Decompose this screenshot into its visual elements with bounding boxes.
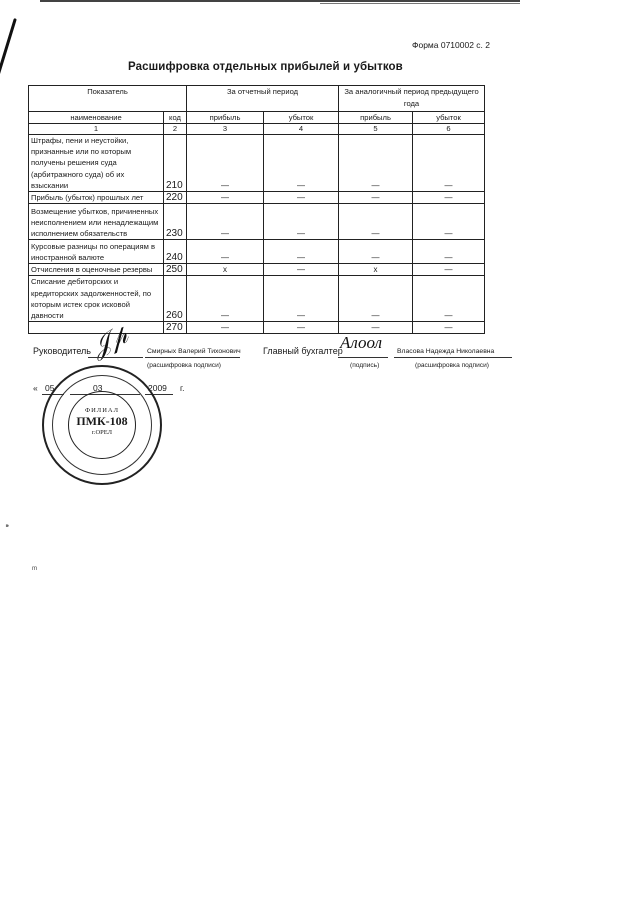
header-name: наименование bbox=[29, 112, 164, 124]
row-code: 210 bbox=[164, 135, 187, 192]
accountant-name-line bbox=[394, 357, 512, 358]
row-value: x bbox=[187, 264, 264, 276]
header-current-period: За отчетный период bbox=[187, 86, 339, 112]
column-number: 1 bbox=[29, 124, 164, 135]
accountant-signature-caption: (подпись) bbox=[350, 362, 379, 369]
accountant-label: Главный бухгалтер bbox=[263, 346, 343, 356]
column-number: 4 bbox=[264, 124, 339, 135]
row-value: — bbox=[264, 276, 339, 322]
scan-top-edge bbox=[40, 0, 520, 2]
row-value: — bbox=[339, 322, 413, 334]
scan-speck: ᵐ bbox=[32, 564, 37, 574]
scan-top-edge-secondary bbox=[320, 3, 520, 4]
director-name: Смирных Валерий Тихонович bbox=[147, 348, 241, 355]
seal-line-1: ФИЛИАЛ bbox=[44, 407, 160, 414]
row-value: — bbox=[264, 135, 339, 192]
row-code: 240 bbox=[164, 240, 187, 264]
accountant-name-caption: (расшифровка подписи) bbox=[415, 362, 489, 369]
row-value: — bbox=[187, 276, 264, 322]
header-loss-current: убыток bbox=[264, 112, 339, 124]
form-number: Форма 0710002 с. 2 bbox=[412, 40, 490, 50]
row-name: Курсовые разницы по операциям в иностран… bbox=[29, 240, 164, 264]
scan-margin-mark bbox=[0, 18, 17, 92]
director-name-line bbox=[145, 357, 240, 358]
row-value: — bbox=[413, 276, 485, 322]
seal-line-3: г.ОРЕЛ bbox=[44, 429, 160, 436]
accountant-name: Власова Надежда Николаевна bbox=[397, 348, 494, 355]
row-value: — bbox=[413, 204, 485, 240]
date-year-suffix: г. bbox=[180, 383, 184, 393]
row-value: — bbox=[264, 240, 339, 264]
column-number: 6 bbox=[413, 124, 485, 135]
director-signature-line bbox=[88, 357, 143, 358]
header-previous-period: За аналогичный период предыдущего года bbox=[339, 86, 485, 112]
row-code: 220 bbox=[164, 192, 187, 204]
row-value: — bbox=[264, 204, 339, 240]
row-value: — bbox=[413, 192, 485, 204]
table-row: Возмещение убытков, причиненных неисполн… bbox=[29, 204, 485, 240]
row-value: — bbox=[187, 192, 264, 204]
table-row: Списание дебиторских и кредиторских задо… bbox=[29, 276, 485, 322]
header-code: код bbox=[164, 112, 187, 124]
row-value: — bbox=[413, 240, 485, 264]
row-name: Отчисления в оценочные резервы bbox=[29, 264, 164, 276]
row-value: — bbox=[413, 322, 485, 334]
row-name: Списание дебиторских и кредиторских задо… bbox=[29, 276, 164, 322]
date-open-quote: « bbox=[33, 383, 38, 393]
row-value: — bbox=[413, 264, 485, 276]
seal-center: ФИЛИАЛ ПМК-108 г.ОРЕЛ bbox=[44, 407, 160, 436]
seal-line-2: ПМК-108 bbox=[44, 414, 160, 429]
company-seal: ФИЛИАЛ ПМК-108 г.ОРЕЛ bbox=[42, 365, 162, 485]
header-profit-current: прибыль bbox=[187, 112, 264, 124]
header-profit-previous: прибыль bbox=[339, 112, 413, 124]
header-indicator: Показатель bbox=[29, 86, 187, 112]
header-loss-previous: убыток bbox=[413, 112, 485, 124]
row-value: x bbox=[339, 264, 413, 276]
row-value: — bbox=[339, 204, 413, 240]
row-code: 260 bbox=[164, 276, 187, 322]
document-title: Расшифровка отдельных прибылей и убытков bbox=[128, 61, 403, 73]
row-value: — bbox=[187, 322, 264, 334]
row-value: — bbox=[187, 135, 264, 192]
column-number: 2 bbox=[164, 124, 187, 135]
row-value: — bbox=[264, 192, 339, 204]
row-value: — bbox=[413, 135, 485, 192]
table-row: Отчисления в оценочные резервы250x—x— bbox=[29, 264, 485, 276]
scan-speck: ⁍ bbox=[5, 521, 10, 532]
row-value: — bbox=[339, 135, 413, 192]
accountant-signature: Aлоол bbox=[340, 333, 382, 353]
director-name-caption: (расшифровка подписи) bbox=[147, 362, 221, 369]
table-row: Штрафы, пени и неустойки, признанные или… bbox=[29, 135, 485, 192]
table-row: Прибыль (убыток) прошлых лет220———— bbox=[29, 192, 485, 204]
row-value: — bbox=[187, 240, 264, 264]
row-code: 230 bbox=[164, 204, 187, 240]
row-value: — bbox=[339, 240, 413, 264]
row-code: 250 bbox=[164, 264, 187, 276]
row-value: — bbox=[187, 204, 264, 240]
row-name: Прибыль (убыток) прошлых лет bbox=[29, 192, 164, 204]
row-code: 270 bbox=[164, 322, 187, 334]
table-row: Курсовые разницы по операциям в иностран… bbox=[29, 240, 485, 264]
column-number: 5 bbox=[339, 124, 413, 135]
row-value: — bbox=[264, 322, 339, 334]
accountant-signature-line bbox=[338, 357, 388, 358]
row-value: — bbox=[264, 264, 339, 276]
profit-loss-table: Показатель За отчетный период За аналоги… bbox=[28, 85, 485, 334]
row-value: — bbox=[339, 192, 413, 204]
row-name: Возмещение убытков, причиненных неисполн… bbox=[29, 204, 164, 240]
column-number: 3 bbox=[187, 124, 264, 135]
row-value: — bbox=[339, 276, 413, 322]
row-name: Штрафы, пени и неустойки, признанные или… bbox=[29, 135, 164, 192]
director-label: Руководитель bbox=[33, 346, 91, 356]
